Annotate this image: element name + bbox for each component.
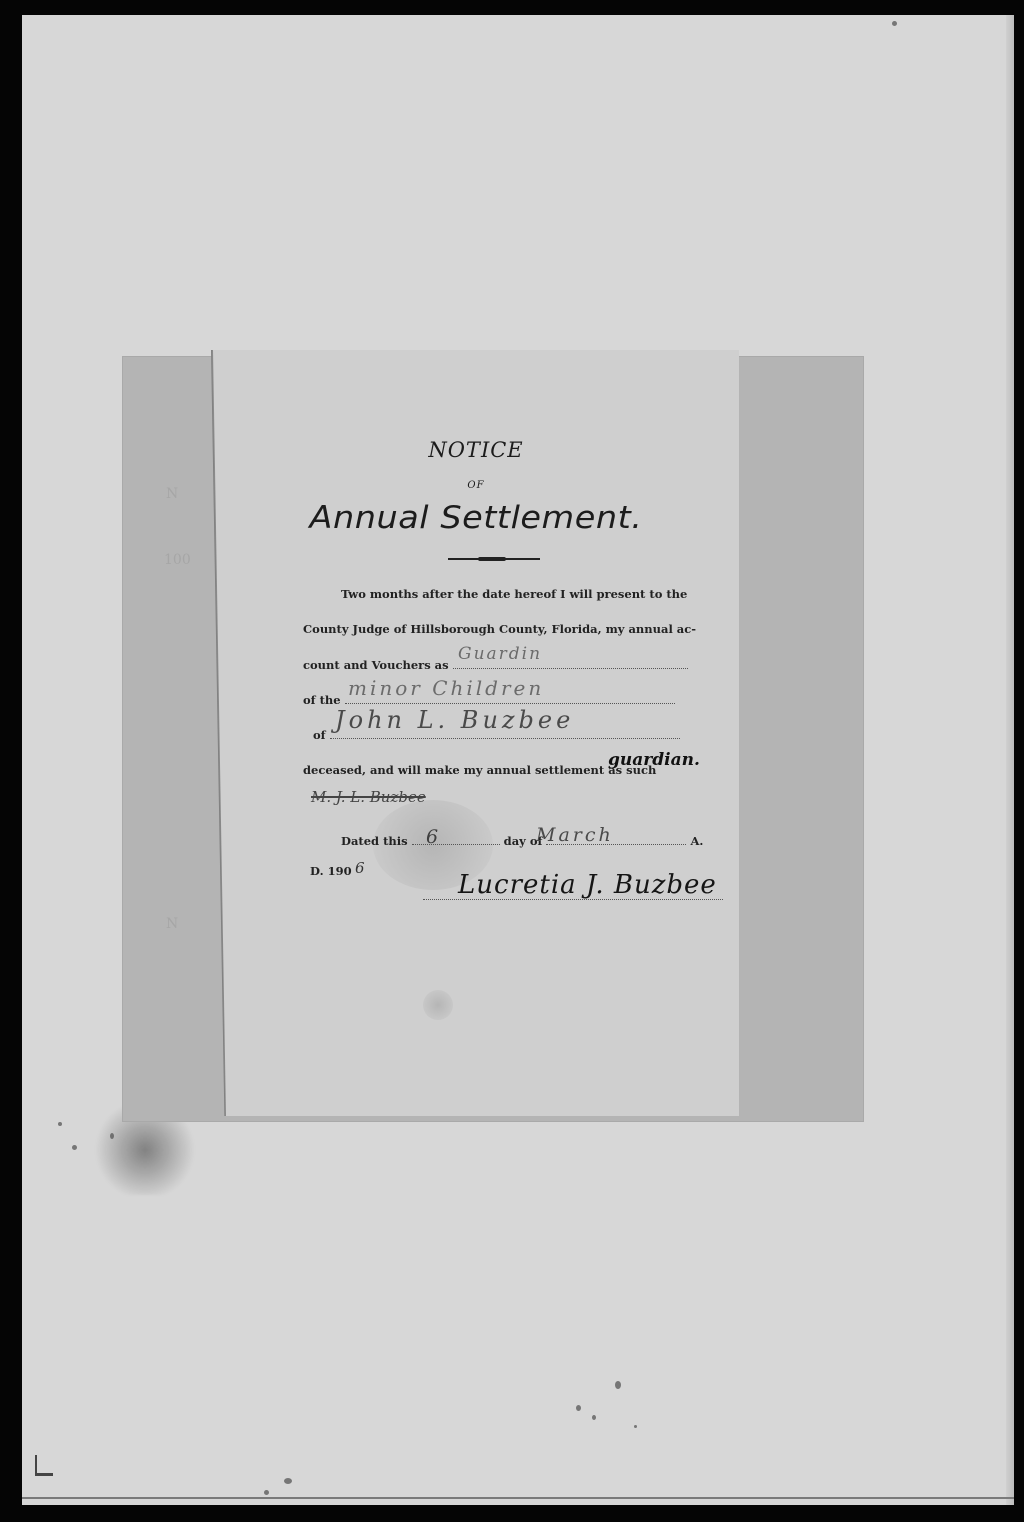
faint-backing-mark: N [166,486,178,502]
dust-speck [615,1381,621,1389]
dust-speck [284,1478,292,1484]
dust-speck [592,1415,596,1420]
capacity-fill-line [453,667,688,669]
notice-document: NOTICE OF Annual Settlement. Two months … [213,350,739,1116]
body-line-4-text: of the [303,693,341,707]
dated-this-label: Dated this [341,834,408,848]
dust-speck [576,1405,581,1411]
body-line-2: County Judge of Hillsborough County, Flo… [303,622,696,636]
notice-heading-of: OF [213,480,739,491]
corner-crop-mark [35,1455,53,1476]
handwritten-month: March [536,824,614,846]
dust-speck [72,1145,77,1150]
dated-line: Dated this day of A. [341,834,703,848]
annual-settlement-heading: Annual Settlement. [192,500,760,536]
mount-edge-shadow [1006,15,1014,1505]
struck-out-name: M. J. L. Buzbee [311,788,426,806]
faint-backing-mark: 100 [164,552,191,568]
dust-speck [892,21,897,26]
decorative-rule [448,558,540,560]
dust-speck [110,1133,114,1139]
day-fill-line [412,843,500,845]
handwritten-deceased-name: John L. Buzbee [335,706,574,734]
body-line-6: deceased, and will make my annual settle… [303,763,656,777]
paper-smudge [423,990,453,1020]
body-line-1: Two months after the date hereof I will … [341,587,687,601]
body-line-5-text: of [313,728,326,742]
handwritten-wards: minor Children [348,676,544,700]
a-label: A. [690,834,703,848]
deceased-name-fill-line [330,737,680,739]
handwritten-year-digit: 6 [355,859,365,877]
dust-speck [634,1425,637,1428]
dust-speck [264,1490,269,1495]
ward-fill-line [345,702,675,704]
bottom-rule-line [22,1497,1014,1499]
handwritten-as-such: guardian. [608,750,700,770]
notice-heading: NOTICE [213,438,739,462]
dust-speck [58,1122,62,1126]
handwritten-capacity: Guardin [458,644,542,664]
handwritten-signature: Lucretia J. Buzbee [458,870,717,900]
handwritten-day: 6 [426,826,438,848]
faint-backing-mark: N [166,916,178,932]
year-line: D. 190 [310,864,352,878]
body-line-3-text: count and Vouchers as [303,658,449,672]
